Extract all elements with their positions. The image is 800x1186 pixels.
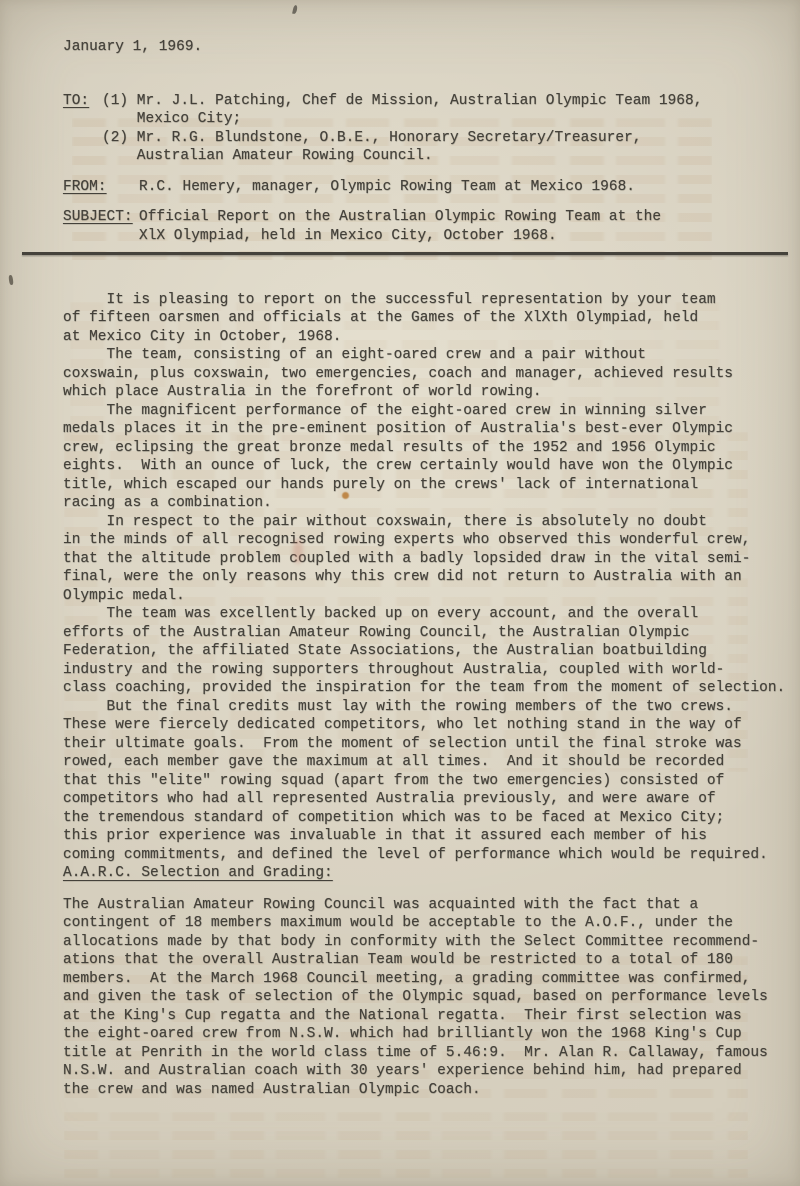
final-paragraph: The Australian Amateur Rowing Council wa… bbox=[63, 896, 800, 1100]
to-label: TO: bbox=[63, 92, 102, 111]
memo-header: TO: (1) Mr. J.L. Patching, Chef de Missi… bbox=[63, 92, 800, 246]
date-line: January 1, 1969. bbox=[63, 38, 800, 57]
ink-dot bbox=[342, 492, 349, 499]
to-row: TO: (1) Mr. J.L. Patching, Chef de Missi… bbox=[63, 92, 800, 166]
memo-content: January 1, 1969. TO: (1) Mr. J.L. Patchi… bbox=[0, 0, 800, 1099]
paper-stain bbox=[293, 538, 303, 564]
subject-row: SUBJECT: Official Report on the Australi… bbox=[63, 208, 800, 245]
bleed-through-texture bbox=[64, 1112, 748, 1178]
from-row: FROM: R.C. Hemery, manager, Olympic Rowi… bbox=[63, 178, 800, 197]
paragraph-final-credits: But the final credits must lay with the … bbox=[63, 698, 800, 865]
section-heading: A.A.R.C. Selection and Grading: bbox=[63, 864, 800, 883]
paragraph-intro: It is pleasing to report on the successf… bbox=[63, 291, 800, 347]
from-text: R.C. Hemery, manager, Olympic Rowing Tea… bbox=[139, 178, 635, 197]
recipient-item: (1) Mr. J.L. Patching, Chef de Mission, … bbox=[102, 92, 702, 129]
divider-rule bbox=[22, 252, 788, 255]
paragraph-eight-performance: The magnificent performance of the eight… bbox=[63, 402, 800, 513]
subject-label: SUBJECT: bbox=[63, 208, 139, 227]
paragraph-pair-without-coxswain: In respect to the pair without coxswain,… bbox=[63, 513, 800, 606]
from-label: FROM: bbox=[63, 178, 139, 197]
recipient-list: (1) Mr. J.L. Patching, Chef de Mission, … bbox=[102, 92, 702, 166]
scanned-memo-page: January 1, 1969. TO: (1) Mr. J.L. Patchi… bbox=[0, 0, 800, 1186]
recipient-item: (2) Mr. R.G. Blundstone, O.B.E., Honorar… bbox=[102, 129, 702, 166]
paragraph-team-composition: The team, consisting of an eight-oared c… bbox=[63, 346, 800, 402]
subject-text: Official Report on the Australian Olympi… bbox=[139, 208, 661, 245]
paragraph-team-backing: The team was excellently backed up on ev… bbox=[63, 605, 800, 698]
report-body: It is pleasing to report on the successf… bbox=[63, 291, 800, 1100]
